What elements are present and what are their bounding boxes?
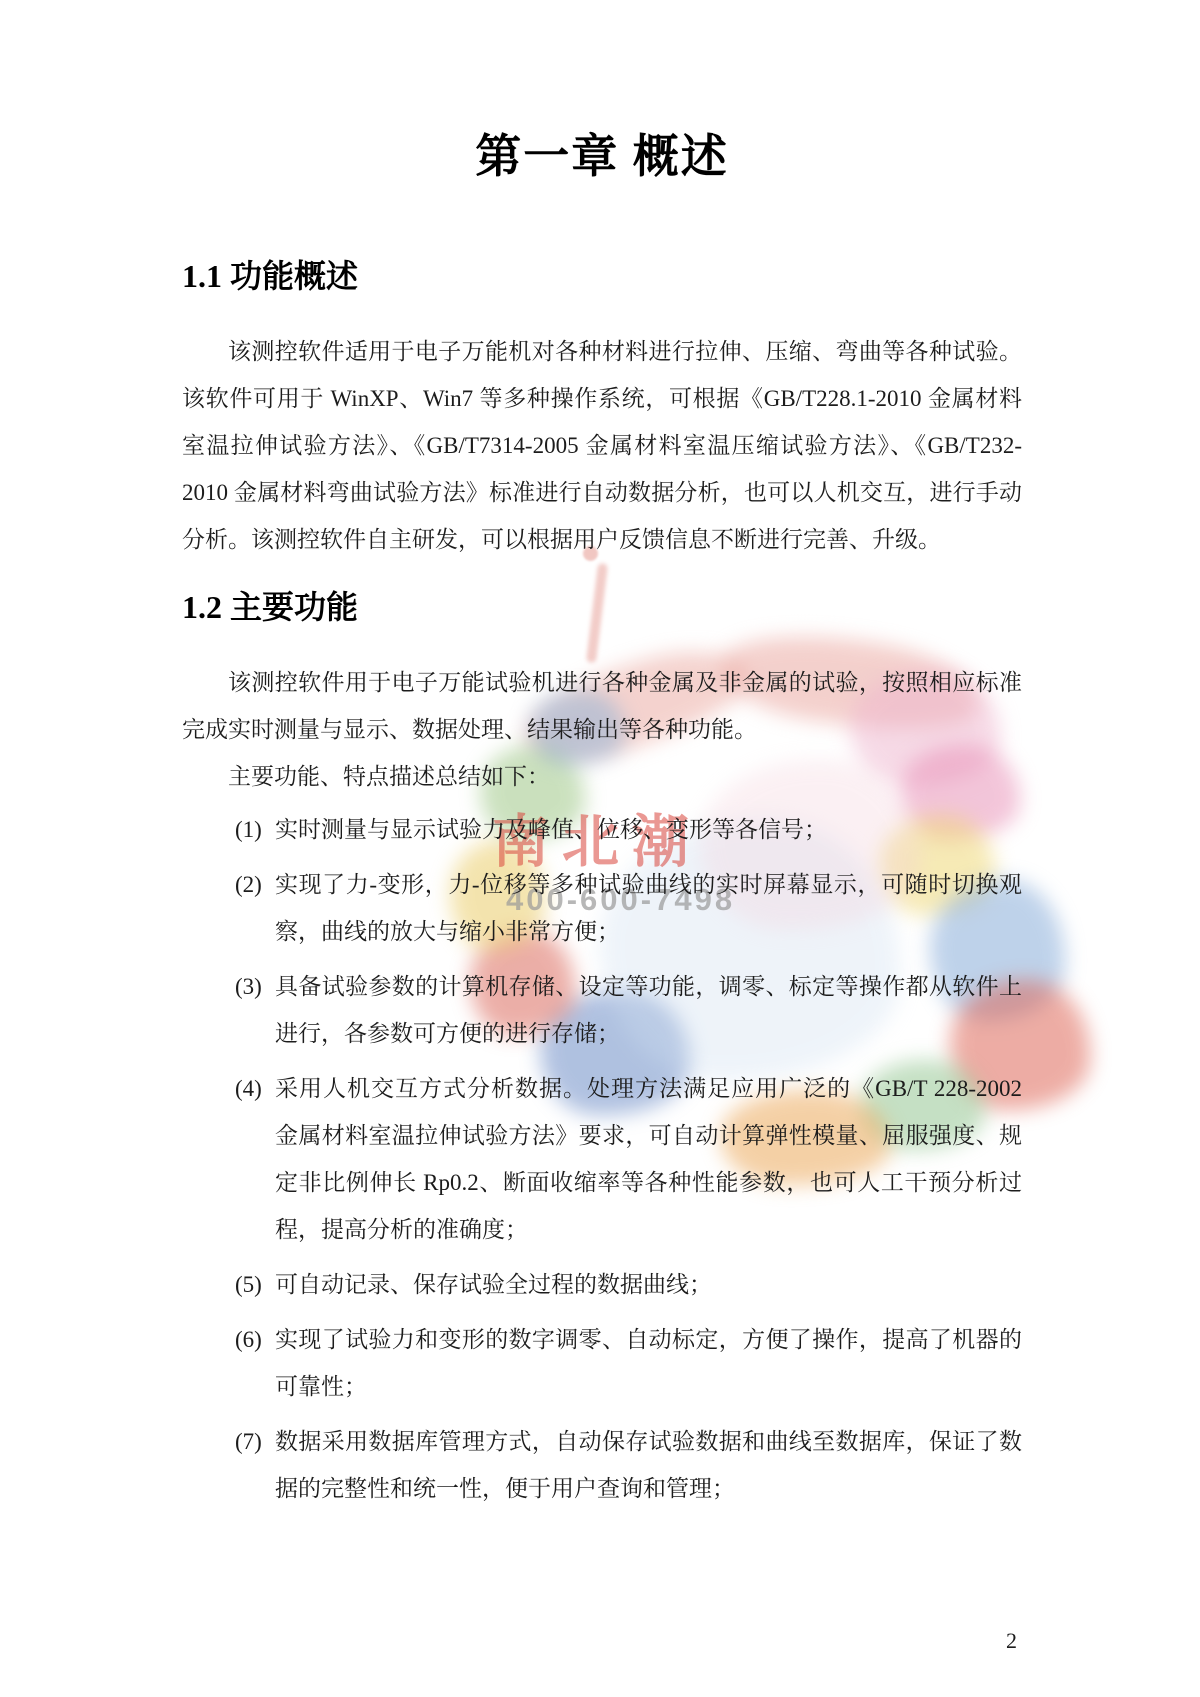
list-item-text: 可自动记录、保存试验全过程的数据曲线； <box>275 1261 1022 1308</box>
list-item-marker: (5) <box>235 1261 275 1308</box>
document-content: 第一章 概述 1.1 功能概述 该测控软件适用于电子万能机对各种材料进行拉伸、压… <box>0 0 1200 1512</box>
chapter-title: 第一章 概述 <box>182 128 1022 186</box>
section-heading-1-1: 1.1 功能概述 <box>182 256 1022 296</box>
feature-list: (1) 实时测量与显示试验力及峰值、位移、变形等各信号； (2) 实现了力-变形… <box>235 806 1022 1512</box>
list-item-marker: (3) <box>235 963 275 1057</box>
list-item-marker: (2) <box>235 861 275 955</box>
list-item-marker: (7) <box>235 1418 275 1512</box>
paragraph-main-functions: 该测控软件用于电子万能试验机进行各种金属及非金属的试验，按照相应标准完成实时测量… <box>182 659 1022 753</box>
list-item: (7) 数据采用数据库管理方式，自动保存试验数据和曲线至数据库，保证了数据的完整… <box>235 1418 1022 1512</box>
list-item-text: 数据采用数据库管理方式，自动保存试验数据和曲线至数据库，保证了数据的完整性和统一… <box>275 1418 1022 1512</box>
section-heading-1-2: 1.2 主要功能 <box>182 587 1022 627</box>
list-item-text: 实现了力-变形，力-位移等多种试验曲线的实时屏幕显示，可随时切换观察，曲线的放大… <box>275 861 1022 955</box>
list-item: (6) 实现了试验力和变形的数字调零、自动标定，方便了操作，提高了机器的可靠性； <box>235 1316 1022 1410</box>
page-footer: 2 <box>1006 1628 1017 1654</box>
list-item: (1) 实时测量与显示试验力及峰值、位移、变形等各信号； <box>235 806 1022 853</box>
list-item-text: 实现了试验力和变形的数字调零、自动标定，方便了操作，提高了机器的可靠性； <box>275 1316 1022 1410</box>
list-item-text: 实时测量与显示试验力及峰值、位移、变形等各信号； <box>275 806 1022 853</box>
paragraph-overview: 该测控软件适用于电子万能机对各种材料进行拉伸、压缩、弯曲等各种试验。该软件可用于… <box>182 328 1022 563</box>
list-item-marker: (6) <box>235 1316 275 1410</box>
list-item-marker: (1) <box>235 806 275 853</box>
list-item: (3) 具备试验参数的计算机存储、设定等功能，调零、标定等操作都从软件上进行，各… <box>235 963 1022 1057</box>
paragraph-list-intro: 主要功能、特点描述总结如下： <box>182 753 1022 800</box>
list-item-marker: (4) <box>235 1065 275 1253</box>
list-item: (2) 实现了力-变形，力-位移等多种试验曲线的实时屏幕显示，可随时切换观察，曲… <box>235 861 1022 955</box>
list-item: (4) 采用人机交互方式分析数据。处理方法满足应用广泛的《GB/T 228-20… <box>235 1065 1022 1253</box>
list-item-text: 采用人机交互方式分析数据。处理方法满足应用广泛的《GB/T 228-2002 金… <box>275 1065 1022 1253</box>
document-page: 南北潮 400-600-7498 第一章 概述 1.1 功能概述 该测控软件适用… <box>0 0 1200 1697</box>
list-item: (5) 可自动记录、保存试验全过程的数据曲线； <box>235 1261 1022 1308</box>
page-number: 2 <box>1006 1628 1017 1653</box>
list-item-text: 具备试验参数的计算机存储、设定等功能，调零、标定等操作都从软件上进行，各参数可方… <box>275 963 1022 1057</box>
